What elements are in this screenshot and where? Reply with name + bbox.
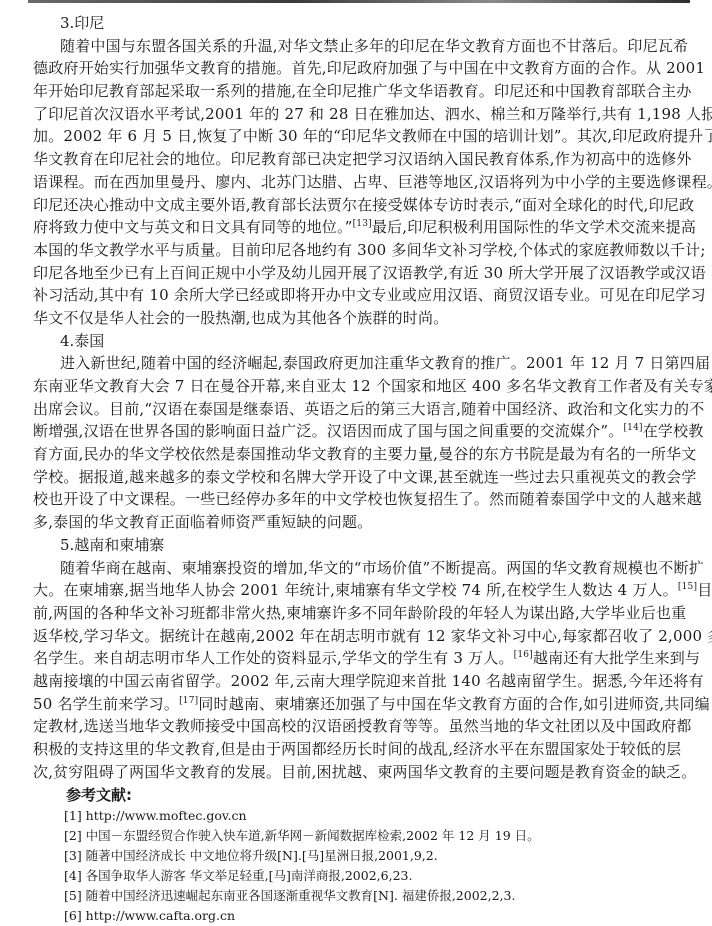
- citation-marker: [13]: [353, 219, 372, 229]
- document-body: 3.印尼 随着中国与东盟各国关系的升温,对华文禁止多年的印尼在华文教育方面也不甘…: [33, 12, 681, 783]
- paragraph-line: 返华校,学习华文。据统计在越南,2002 年在胡志明市就有 12 家华文补习中心…: [33, 625, 681, 648]
- paragraph-line: 东南亚华文教育大会 7 日在曼谷开幕,来自亚太 12 个国家和地区 400 多名…: [33, 375, 681, 398]
- reference-item: [3] 随著中国经济成长 中文地位将升级[N].[马]星洲日报,2001,9,2…: [64, 846, 624, 866]
- paragraph-line-with-citation: 名学生。来自胡志明市华人工作处的资料显示,学华文的学生有 3 万人。[16]越南…: [33, 647, 681, 670]
- paragraph-line-with-citation: 大。在柬埔寨,据当地华人协会 2001 年统计,柬埔寨有华文学校 74 所,在校…: [33, 579, 681, 602]
- reference-item: [5] 随着中国经济迅速崛起东南亚各国逐渐重视华文教育[N]. 福建侨报,200…: [64, 886, 624, 906]
- reference-item: [6] http://www.cafta.org.cn: [64, 906, 624, 926]
- citation-marker: [14]: [623, 423, 642, 433]
- paragraph-line: 本国的华文教学水平与质量。目前印尼各地约有 300 多间华文补习学校,个体式的家…: [33, 239, 681, 262]
- citation-marker: [16]: [514, 650, 533, 660]
- paragraph-line: 定教材,选送当地华文教师接受中国高校的汉语函授教育等等。虽然当地的华文社团以及中…: [33, 715, 681, 738]
- paragraph-line: 积极的支持这里的华文教育,但是由于两国都经历长时间的战乱,经济水平在东盟国家处于…: [33, 738, 681, 761]
- scan-edge-strip: [28, 0, 690, 3]
- paragraph-line: 德政府开始实行加强华文教育的措施。首先,印尼政府加强了与中国在中文教育方面的合作…: [33, 57, 681, 80]
- paragraph-line: 华文不仅是华人社会的一股热潮,也成为其他各个族群的时尚。: [33, 307, 681, 330]
- line-text: 府将致力使中文与英文和日文具有同等的地位。”: [33, 218, 353, 236]
- paragraph-line: 次,贫穷阻碍了两国华文教育的发展。目前,困扰越、柬两国华文教育的主要问题是教育资…: [33, 761, 681, 784]
- line-text: 50 名学生前来学习。: [33, 695, 179, 713]
- paragraph-line: 出席会议。目前,“汉语在泰国是继泰语、英语之后的第三大语言,随着中国经济、政治和…: [33, 398, 681, 421]
- references-title: 参考文献:: [66, 784, 624, 806]
- citation-marker: [17]: [179, 696, 198, 706]
- section-heading-vietnam-cambodia: 5.越南和柬埔寨: [33, 534, 681, 557]
- paragraph-line-with-citation: 50 名学生前来学习。[17]同时越南、柬埔寨还加强了与中国在华文教育方面的合作…: [33, 693, 681, 716]
- line-text: 断增强,汉语在世界各国的影响面日益广泛。汉语因而成了国与国之间重要的交流媒介”。: [33, 422, 623, 440]
- paragraph-line-with-citation: 断增强,汉语在世界各国的影响面日益广泛。汉语因而成了国与国之间重要的交流媒介”。…: [33, 420, 681, 443]
- reference-item: [1] http://www.moftec.gov.cn: [64, 806, 624, 826]
- section-heading-indonesia: 3.印尼: [33, 12, 681, 35]
- line-text: 目: [697, 581, 712, 599]
- line-text: 在学校教: [643, 422, 704, 440]
- line-text: 同时越南、柬埔寨还加强了与中国在华文教育方面的合作,如引进师资,共同编: [198, 695, 710, 713]
- paragraph-line: 随着中国与东盟各国关系的升温,对华文禁止多年的印尼在华文教育方面也不甘落后。印尼…: [33, 35, 681, 58]
- paragraph-line: 进入新世纪,随着中国的经济崛起,泰国政府更加注重华文教育的推广。2001 年 1…: [33, 352, 681, 375]
- paragraph-line: 印尼还决心推动中文成主要外语,教育部长法贾尔在接受媒体专访时表示,“面对全球化的…: [33, 194, 681, 217]
- paragraph-line: 越南接壤的中国云南省留学。2002 年,云南大理学院迎来首批 140 名越南留学…: [33, 670, 681, 693]
- paragraph-line: 华文教育在印尼社会的地位。印尼教育部已决定把学习汉语纳入国民教育体系,作为初高中…: [33, 148, 681, 171]
- paragraph-line: 育方面,民办的华文学校依然是泰国推动华文教育的主要力量,曼谷的东方书院是最为有名…: [33, 443, 681, 466]
- line-text: 最后,印尼积极利用国际性的华文学术交流来提高: [372, 218, 696, 236]
- paragraph-line: 语课程。而在西加里曼丹、廖内、北苏门达腊、占卑、巨港等地区,汉语将列为中小学的主…: [33, 171, 681, 194]
- section-heading-thailand: 4.泰国: [33, 330, 681, 353]
- paragraph-line: 年开始印尼教育部起采取一系列的措施,在全印尼推广华文华语教育。印尼还和中国教育部…: [33, 80, 681, 103]
- paragraph-line: 前,两国的各种华文补习班都非常火热,柬埔寨许多不同年龄阶段的年轻人为谋出路,大学…: [33, 602, 681, 625]
- reference-item: [2] 中国－东盟经贸合作驶入快车道,新华网－新闻数据库检索,2002 年 12…: [64, 826, 624, 846]
- paragraph-line: 随着华商在越南、柬埔寨投资的增加,华文的“市场价值”不断提高。两国的华文教育规模…: [33, 557, 681, 580]
- paragraph-line: 了印尼首次汉语水平考试,2001 年的 27 和 28 日在雅加达、泗水、棉兰和…: [33, 103, 681, 126]
- line-text: 大。在柬埔寨,据当地华人协会 2001 年统计,柬埔寨有华文学校 74 所,在校…: [33, 581, 678, 599]
- paragraph-line: 印尼各地至少已有上百间正规中小学及幼儿园开展了汉语教学,有近 30 所大学开展了…: [33, 262, 681, 285]
- paragraph-line: 多,泰国的华文教育正面临着师资严重短缺的问题。: [33, 511, 681, 534]
- line-text: 越南还有大批学生来到与: [533, 649, 700, 667]
- reference-item: [4] 各国争取华人游客 华文举足轻重,[马]南洋商报,2002,6,23.: [64, 866, 624, 886]
- citation-marker: [15]: [678, 582, 697, 592]
- line-text: 名学生。来自胡志明市华人工作处的资料显示,学华文的学生有 3 万人。: [33, 649, 514, 667]
- paragraph-line: 学校。据报道,越来越多的泰文学校和名牌大学开设了中文课,甚至就连一些过去只重视英…: [33, 466, 681, 489]
- paragraph-line: 校也开设了中文课程。一些已经停办多年的中文学校也恢复招生了。然而随着泰国学中文的…: [33, 488, 681, 511]
- paragraph-line: 补习活动,其中有 10 余所大学已经或即将开办中文专业或应用汉语、商贸汉语专业。…: [33, 284, 681, 307]
- paragraph-line-with-citation: 府将致力使中文与英文和日文具有同等的地位。”[13]最后,印尼积极利用国际性的华…: [33, 216, 681, 239]
- paragraph-line: 加。2002 年 6 月 5 日,恢复了中断 30 年的“印尼华文教师在中国的培…: [33, 125, 681, 148]
- references-section: 参考文献: [1] http://www.moftec.gov.cn [2] 中…: [64, 784, 624, 926]
